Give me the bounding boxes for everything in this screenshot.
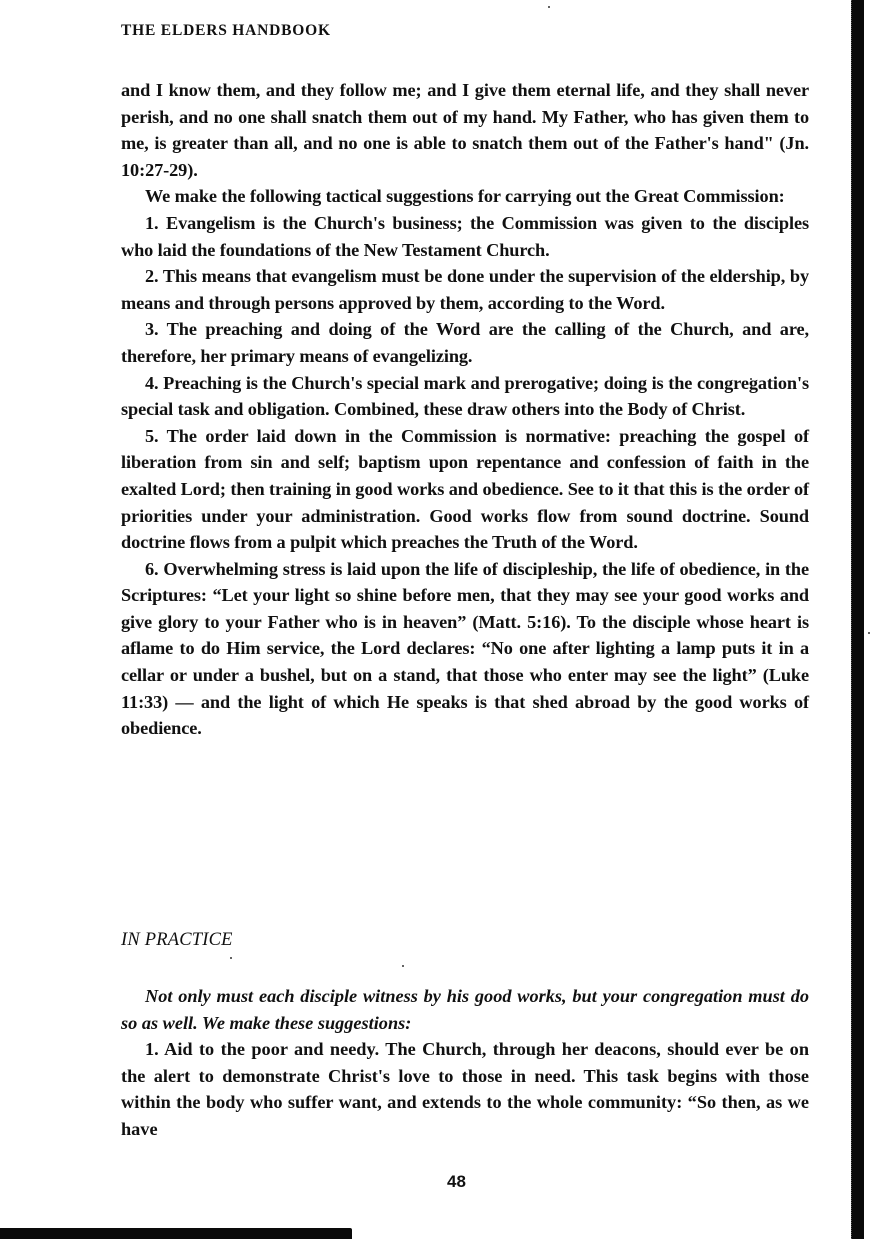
scan-speck	[868, 632, 870, 634]
paragraph-point-4: 4. Preaching is the Church's special mar…	[121, 370, 809, 423]
scan-edge-right	[851, 0, 864, 1239]
in-practice-text: Not only must each disciple witness by h…	[121, 983, 809, 1143]
body-text: and I know them, and they follow me; and…	[121, 77, 809, 742]
in-practice-intro: Not only must each disciple witness by h…	[121, 983, 809, 1036]
in-practice-point-1: 1. Aid to the poor and needy. The Church…	[121, 1036, 809, 1142]
scan-speck	[230, 957, 232, 959]
page-number: 48	[447, 1172, 466, 1192]
paragraph-continuation: and I know them, and they follow me; and…	[121, 77, 809, 183]
paragraph-point-6: 6. Overwhelming stress is laid upon the …	[121, 556, 809, 742]
paragraph-point-1: 1. Evangelism is the Church's business; …	[121, 210, 809, 263]
scan-edge-bottom	[0, 1228, 352, 1239]
scan-speck	[750, 378, 752, 380]
running-head: THE ELDERS HANDBOOK	[121, 22, 331, 40]
paragraph-point-5: 5. The order laid down in the Commission…	[121, 423, 809, 556]
scan-speck	[402, 965, 404, 967]
paragraph-point-2: 2. This means that evangelism must be do…	[121, 263, 809, 316]
scan-speck	[548, 6, 550, 8]
paragraph-intro: We make the following tactical suggestio…	[121, 183, 809, 210]
paragraph-point-3: 3. The preaching and doing of the Word a…	[121, 316, 809, 369]
section-heading-in-practice: IN PRACTICE	[121, 930, 233, 951]
